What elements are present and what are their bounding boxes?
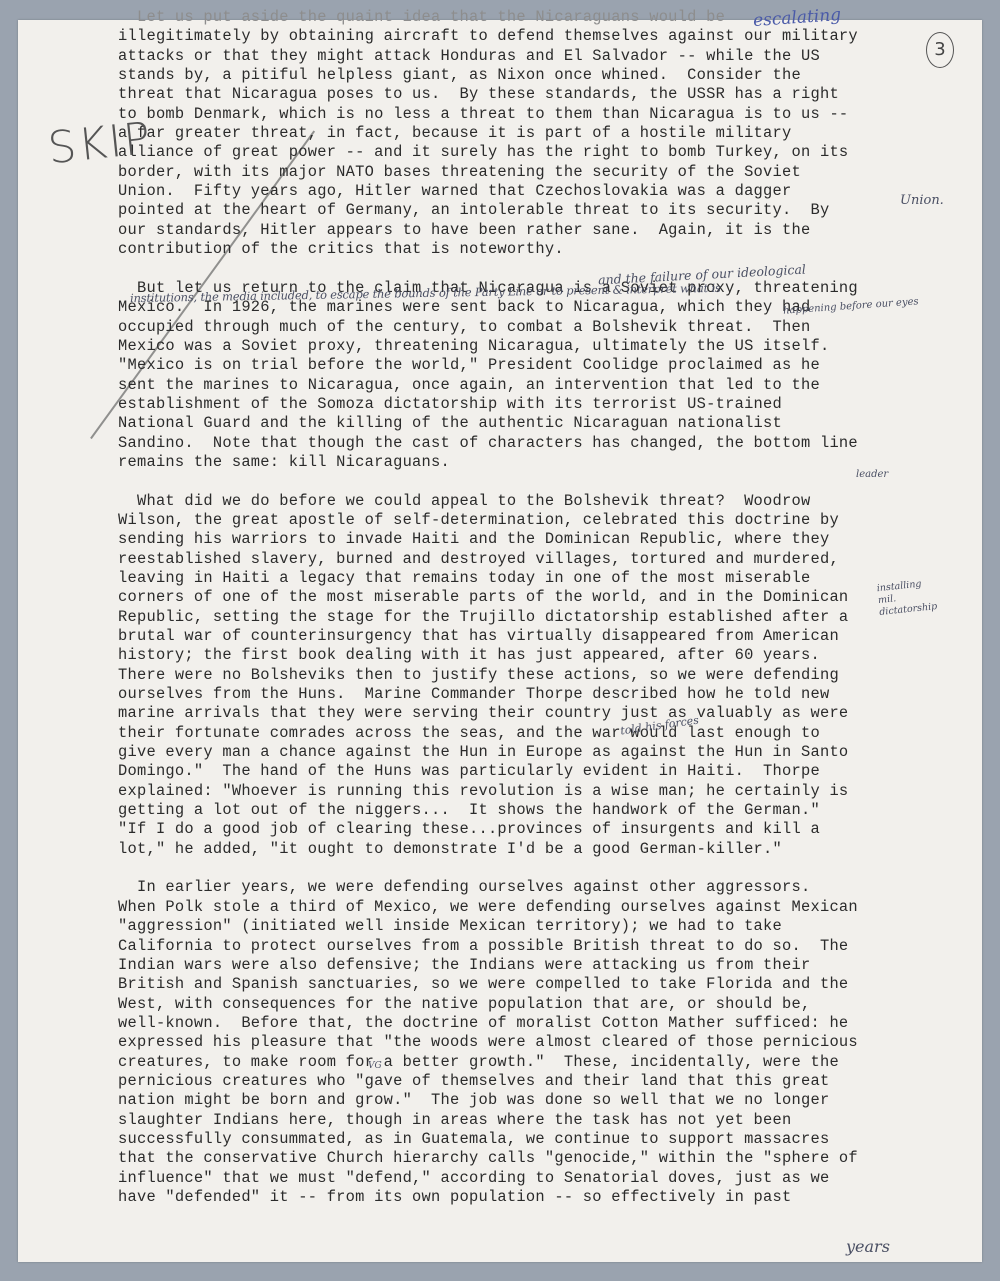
typed-line: National Guard and the killing of the au…: [118, 414, 858, 433]
typed-line: well-known. Before that, the doctrine of…: [118, 1014, 858, 1033]
margin-note-years: years: [846, 1237, 890, 1256]
typed-line: brutal war of counterinsurgency that has…: [118, 627, 858, 646]
typed-line: history; the first book dealing with it …: [118, 646, 858, 665]
typescript-page: Let us put aside the quaint idea that th…: [18, 20, 982, 1262]
typed-line: British and Spanish sanctuaries, so we w…: [118, 975, 858, 994]
typed-line: Let us put aside the quaint idea that th…: [118, 8, 858, 27]
typed-line: Domingo." The hand of the Huns was parti…: [118, 762, 858, 781]
typed-line: to bomb Denmark, which is no less a thre…: [118, 105, 858, 124]
typed-line: illegitimately by obtaining aircraft to …: [118, 27, 858, 46]
margin-note-installing: installing mil. dictatorship: [876, 577, 939, 619]
typed-line: occupied through much of the century, to…: [118, 318, 858, 337]
typed-line: successfully consummated, as in Guatemal…: [118, 1130, 858, 1149]
typed-line: expressed his pleasure that "the woods w…: [118, 1033, 858, 1052]
margin-note-leader: leader: [856, 469, 888, 480]
typed-line: Wilson, the great apostle of self-determ…: [118, 511, 858, 530]
typed-line: Mexico was a Soviet proxy, threatening N…: [118, 337, 858, 356]
typed-line: give every man a chance against the Hun …: [118, 743, 858, 762]
typed-line: In earlier years, we were defending ours…: [118, 878, 858, 897]
typed-line: lot," he added, "it ought to demonstrate…: [118, 840, 858, 859]
typed-line: establishment of the Somoza dictatorship…: [118, 395, 858, 414]
typed-line: Union. Fifty years ago, Hitler warned th…: [118, 182, 858, 201]
typed-line: nation might be born and grow." The job …: [118, 1091, 858, 1110]
typed-line: getting a lot out of the niggers... It s…: [118, 801, 858, 820]
margin-note-vg: VG: [368, 1061, 382, 1071]
typed-line: When Polk stole a third of Mexico, we we…: [118, 898, 858, 917]
typed-line: contribution of the critics that is note…: [118, 240, 858, 259]
typed-line: California to protect ourselves from a p…: [118, 937, 858, 956]
typed-line: "If I do a good job of clearing these...…: [118, 820, 858, 839]
page-number: 3: [926, 32, 954, 68]
typed-line: "aggression" (initiated well inside Mexi…: [118, 917, 858, 936]
typed-line: explained: "Whoever is running this revo…: [118, 782, 858, 801]
typed-line: Sandino. Note that though the cast of ch…: [118, 434, 858, 453]
typed-line: leaving in Haiti a legacy that remains t…: [118, 569, 858, 588]
typed-line: "Mexico is on trial before the world," P…: [118, 356, 858, 375]
margin-note-union: Union.: [900, 193, 944, 208]
typed-line: There were no Bolsheviks then to justify…: [118, 666, 858, 685]
typed-line: pernicious creatures who "gave of themse…: [118, 1072, 858, 1091]
typed-line: our standards, Hitler appears to have be…: [118, 221, 858, 240]
typed-line: marine arrivals that they were serving t…: [118, 704, 858, 723]
typed-line: remains the same: kill Nicaraguans.: [118, 453, 858, 472]
paragraph-gap: [118, 472, 858, 491]
typed-line: ourselves from the Huns. Marine Commande…: [118, 685, 858, 704]
typed-line: Republic, setting the stage for the Truj…: [118, 608, 858, 627]
typed-line: have "defended" it -- from its own popul…: [118, 1188, 858, 1207]
typed-line: a far greater threat, in fact, because i…: [118, 124, 858, 143]
typed-line: reestablished slavery, burned and destro…: [118, 550, 858, 569]
typed-line: sent the marines to Nicaragua, once agai…: [118, 376, 858, 395]
typed-line: threat that Nicaragua poses to us. By th…: [118, 85, 858, 104]
typed-line: What did we do before we could appeal to…: [118, 492, 858, 511]
typed-line: West, with consequences for the native p…: [118, 995, 858, 1014]
typed-line: attacks or that they might attack Hondur…: [118, 47, 858, 66]
typed-line: their fortunate comrades across the seas…: [118, 724, 858, 743]
typed-line: that the conservative Church hierarchy c…: [118, 1149, 858, 1168]
typed-line: influence" that we must "defend," accord…: [118, 1169, 858, 1188]
typed-line: Indian wars were also defensive; the Ind…: [118, 956, 858, 975]
typed-line: border, with its major NATO bases threat…: [118, 163, 858, 182]
typed-body: Let us put aside the quaint idea that th…: [118, 8, 858, 1207]
margin-note-skip: SKIP: [46, 113, 155, 175]
typed-line: stands by, a pitiful helpless giant, as …: [118, 66, 858, 85]
typed-line: sending his warriors to invade Haiti and…: [118, 530, 858, 549]
typed-line: slaughter Indians here, though in areas …: [118, 1111, 858, 1130]
typed-line: alliance of great power -- and it surely…: [118, 143, 858, 162]
paragraph-gap: [118, 859, 858, 878]
typed-line: corners of one of the most miserable par…: [118, 588, 858, 607]
typed-line: pointed at the heart of Germany, an into…: [118, 201, 858, 220]
typed-line: creatures, to make room for a better gro…: [118, 1053, 858, 1072]
